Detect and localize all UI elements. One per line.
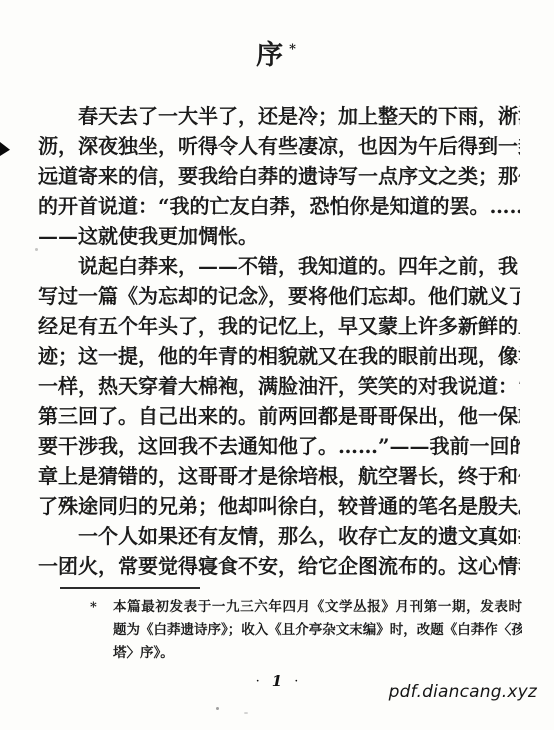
- footnote-line: 塔〉序》。: [113, 642, 522, 665]
- footnote-reference-asterisk: *: [289, 42, 298, 57]
- page-number-decor-right: ·: [294, 674, 298, 689]
- scan-edge-artifact: [0, 142, 10, 156]
- body-text: 春天去了一大半了，还是冷；加上整天的下雨，淅淅沥沥，深夜独坐，听得令人有些凄凉，…: [38, 101, 520, 581]
- body-line: ——这就使我更加惆怅。: [38, 221, 520, 251]
- body-line: 一团火，常要觉得寝食不安，给它企图流布的。这心情我很: [38, 551, 520, 581]
- body-line: 第三回了。自己出来的。前两回都是哥哥保出，他一保就: [38, 401, 520, 431]
- scanned-book-page: 序* 春天去了一大半了，还是冷；加上整天的下雨，淅淅沥沥，深夜独坐，听得令人有些…: [0, 0, 554, 730]
- body-line: 沥，深夜独坐，听得令人有些凄凉，也因为午后得到一封: [38, 131, 520, 161]
- watermark-text: pdf.diancang.xyz: [389, 682, 537, 702]
- body-line: 春天去了一大半了，还是冷；加上整天的下雨，淅淅沥: [38, 101, 520, 131]
- body-line: 远道寄来的信，要我给白莽的遗诗写一点序文之类；那信: [38, 161, 520, 191]
- page-number-decor-left: ·: [256, 674, 260, 689]
- scan-speck: [244, 712, 248, 714]
- footnote-lines: 本篇最初发表于一九三六年四月《文学丛报》月刊第一期，发表时题为《白莽遗诗序》；收…: [113, 596, 522, 665]
- body-line: 要干涉我，这回我不去通知他了。……”——我前一回的文: [38, 431, 520, 461]
- footnote-line: 本篇最初发表于一九三六年四月《文学丛报》月刊第一期，发表时: [113, 596, 522, 619]
- body-line: 迹；这一提，他的年青的相貌就又在我的眼前出现，像活着: [38, 341, 520, 371]
- body-line: 一个人如果还有友情，那么，收存亡友的遗文真如捏着: [38, 521, 520, 551]
- body-line: 的开首说道：“我的亡友白莽，恐怕你是知道的罢。……”: [38, 191, 520, 221]
- footnote: * 本篇最初发表于一九三六年四月《文学丛报》月刊第一期，发表时题为《白莽遗诗序》…: [90, 596, 522, 665]
- body-line: 写过一篇《为忘却的记念》，要将他们忘却。他们就义了已: [38, 281, 520, 311]
- body-line: 经足有五个年头了，我的记忆上，早又蒙上许多新鲜的血: [38, 311, 520, 341]
- footnote-marker: *: [90, 596, 113, 665]
- footnote-line: 题为《白莽遗诗序》；收入《且介亭杂文末编》时，改题《白莽作〈孩儿: [113, 619, 522, 642]
- body-line: 章上是猜错的，这哥哥才是徐培根，航空署长，终于和他成: [38, 461, 520, 491]
- scan-speck: [216, 707, 219, 710]
- page-number-value: 1: [272, 672, 282, 690]
- page-title: 序*: [0, 34, 554, 72]
- footnote-divider: [60, 587, 200, 589]
- body-line: 一样，热天穿着大棉袍，满脸油汗，笑笑的对我说道：“这是: [38, 371, 520, 401]
- title-text: 序: [256, 40, 285, 71]
- body-line: 说起白莽来，——不错，我知道的。四年之前，我曾经: [38, 251, 520, 281]
- body-line: 了殊途同归的兄弟；他却叫徐白，较普通的笔名是殷夫。: [38, 491, 520, 521]
